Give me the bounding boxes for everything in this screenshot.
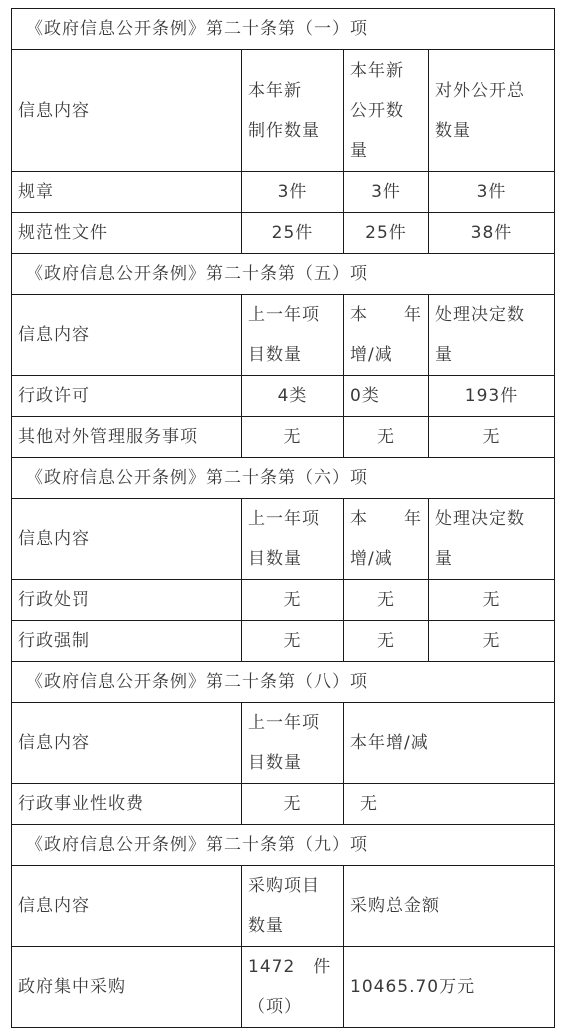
section-title-row: 《政府信息公开条例》第二十条第（八）项 (12, 662, 555, 703)
table-row: 行政事业性收费 无 无 (12, 784, 555, 825)
disclosure-table-document: 《政府信息公开条例》第二十条第（一）项 信息内容 本年新 制作数量 本年新 公开… (11, 8, 554, 1028)
value-cell: 无 (344, 580, 429, 621)
section-title-row: 《政府信息公开条例》第二十条第（五）项 (12, 254, 555, 295)
header-row: 信息内容 上一年项 目数量 本 年 增/减 处理决定数 量 (12, 499, 555, 580)
header-cell: 采购项目 数量 (242, 866, 344, 947)
section-title-row: 《政府信息公开条例》第二十条第（六）项 (12, 458, 555, 499)
value-cell: 3件 (242, 172, 344, 213)
value-cell: 4类 (242, 376, 344, 417)
header-row: 信息内容 上一年项 目数量 本年增/减 (12, 703, 555, 784)
header-row: 信息内容 上一年项 目数量 本 年 增/减 处理决定数 量 (12, 295, 555, 376)
value-cell: 193件 (429, 376, 555, 417)
header-cell: 本年新 公开数 量 (344, 50, 429, 172)
value-cell: 无 (344, 621, 429, 662)
value-cell: 10465.70万元 (344, 947, 555, 1028)
header-cell: 本年新 制作数量 (242, 50, 344, 172)
header-cell: 信息内容 (12, 866, 242, 947)
value-cell: 无 (429, 580, 555, 621)
header-cell: 采购总金额 (344, 866, 555, 947)
item-name: 政府集中采购 (12, 947, 242, 1028)
value-cell: 25件 (242, 213, 344, 254)
value-cell: 无 (429, 621, 555, 662)
item-name: 行政强制 (12, 621, 242, 662)
value-cell: 无 (242, 580, 344, 621)
section-title: 《政府信息公开条例》第二十条第（一）项 (12, 9, 555, 50)
section-title: 《政府信息公开条例》第二十条第（六）项 (12, 458, 555, 499)
header-cell: 上一年项 目数量 (242, 295, 344, 376)
header-cell: 上一年项 目数量 (242, 499, 344, 580)
header-cell: 上一年项 目数量 (242, 703, 344, 784)
item-name: 行政事业性收费 (12, 784, 242, 825)
table-row: 行政许可 4类 0类 193件 (12, 376, 555, 417)
table-row: 规章 3件 3件 3件 (12, 172, 555, 213)
value-cell: 无 (242, 784, 344, 825)
table-row: 规范性文件 25件 25件 38件 (12, 213, 555, 254)
header-cell: 本年增/减 (344, 703, 555, 784)
header-cell: 本 年 增/减 (344, 295, 429, 376)
value-cell: 25件 (344, 213, 429, 254)
table-row: 政府集中采购 1472 件 （项） 10465.70万元 (12, 947, 555, 1028)
table-row: 行政处罚 无 无 无 (12, 580, 555, 621)
item-name: 规范性文件 (12, 213, 242, 254)
item-name: 行政处罚 (12, 580, 242, 621)
item-name: 规章 (12, 172, 242, 213)
value-cell: 无 (429, 417, 555, 458)
value-cell: 无 (242, 621, 344, 662)
value-cell: 0类 (344, 376, 429, 417)
header-cell: 对外公开总 数量 (429, 50, 555, 172)
section-title: 《政府信息公开条例》第二十条第（八）项 (12, 662, 555, 703)
table-row: 其他对外管理服务事项 无 无 无 (12, 417, 555, 458)
value-cell: 3件 (429, 172, 555, 213)
header-row: 信息内容 采购项目 数量 采购总金额 (12, 866, 555, 947)
header-cell: 处理决定数 量 (429, 295, 555, 376)
value-cell: 38件 (429, 213, 555, 254)
header-cell: 信息内容 (12, 50, 242, 172)
header-cell: 信息内容 (12, 499, 242, 580)
section-title-row: 《政府信息公开条例》第二十条第（九）项 (12, 825, 555, 866)
section-title-row: 《政府信息公开条例》第二十条第（一）项 (12, 9, 555, 50)
header-cell: 信息内容 (12, 703, 242, 784)
disclosure-table: 《政府信息公开条例》第二十条第（一）项 信息内容 本年新 制作数量 本年新 公开… (11, 8, 555, 1028)
table-row: 行政强制 无 无 无 (12, 621, 555, 662)
item-name: 行政许可 (12, 376, 242, 417)
value-cell: 1472 件 （项） (242, 947, 344, 1028)
header-cell: 本 年 增/减 (344, 499, 429, 580)
value-cell: 无 (344, 417, 429, 458)
item-name: 其他对外管理服务事项 (12, 417, 242, 458)
value-cell: 3件 (344, 172, 429, 213)
value-cell: 无 (242, 417, 344, 458)
header-cell: 信息内容 (12, 295, 242, 376)
section-title: 《政府信息公开条例》第二十条第（五）项 (12, 254, 555, 295)
value-cell: 无 (344, 784, 555, 825)
section-title: 《政府信息公开条例》第二十条第（九）项 (12, 825, 555, 866)
header-cell: 处理决定数 量 (429, 499, 555, 580)
header-row: 信息内容 本年新 制作数量 本年新 公开数 量 对外公开总 数量 (12, 50, 555, 172)
